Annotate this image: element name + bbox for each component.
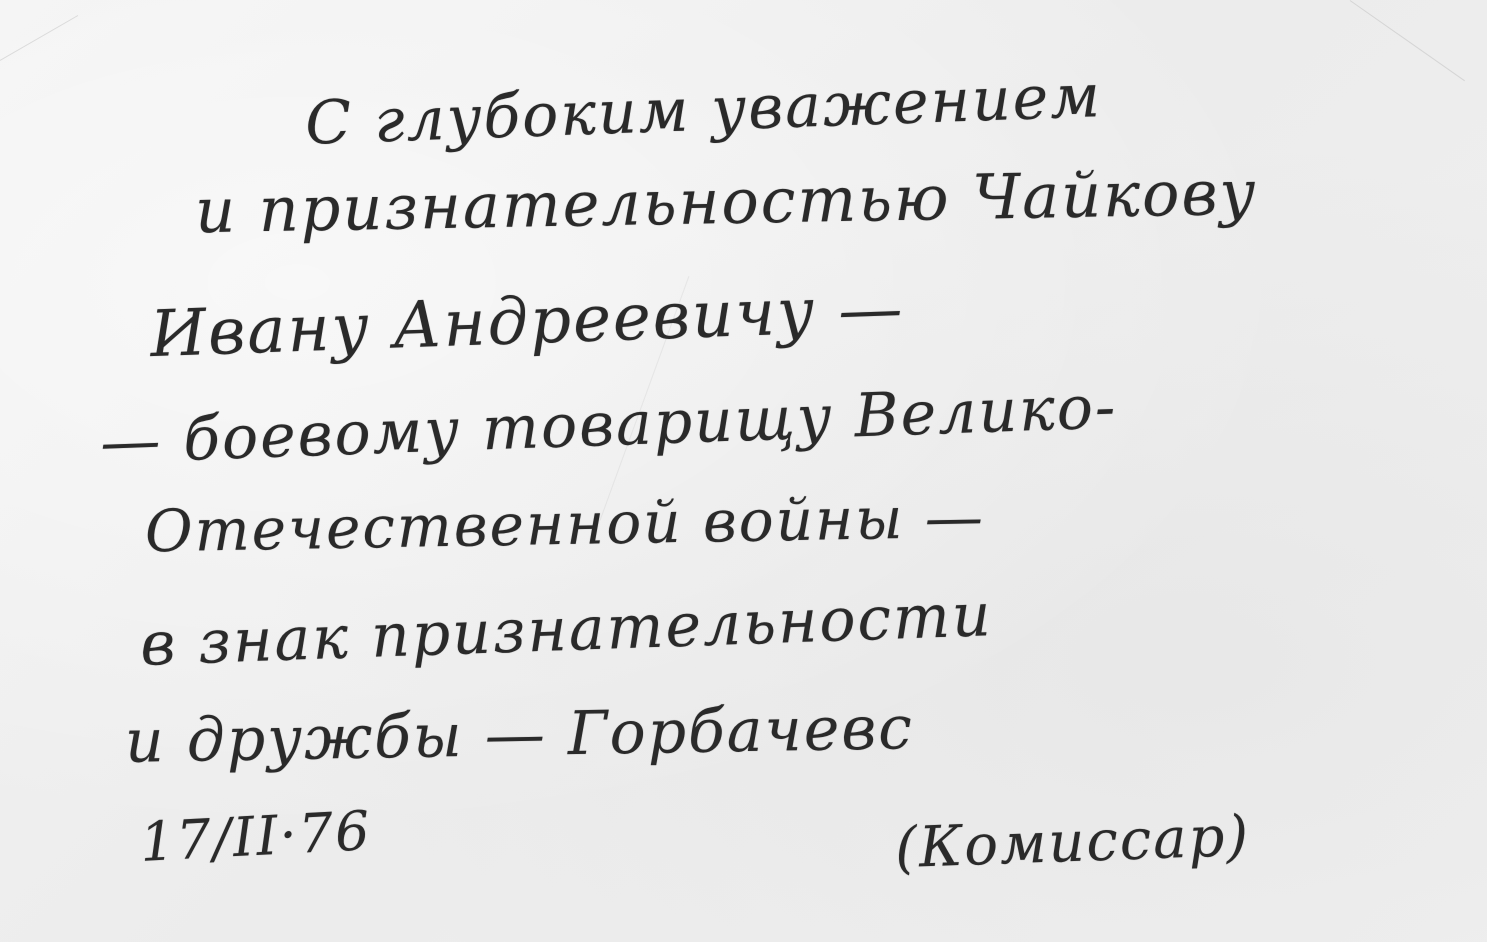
paper-crease xyxy=(0,15,78,61)
dedication-date: 17/II·76 xyxy=(139,799,373,874)
signature-title: (Комиссар) xyxy=(894,804,1251,881)
dedication-line-7-signature: и дружбы — Горбачевс xyxy=(124,693,914,777)
paper-crease xyxy=(1350,0,1465,81)
